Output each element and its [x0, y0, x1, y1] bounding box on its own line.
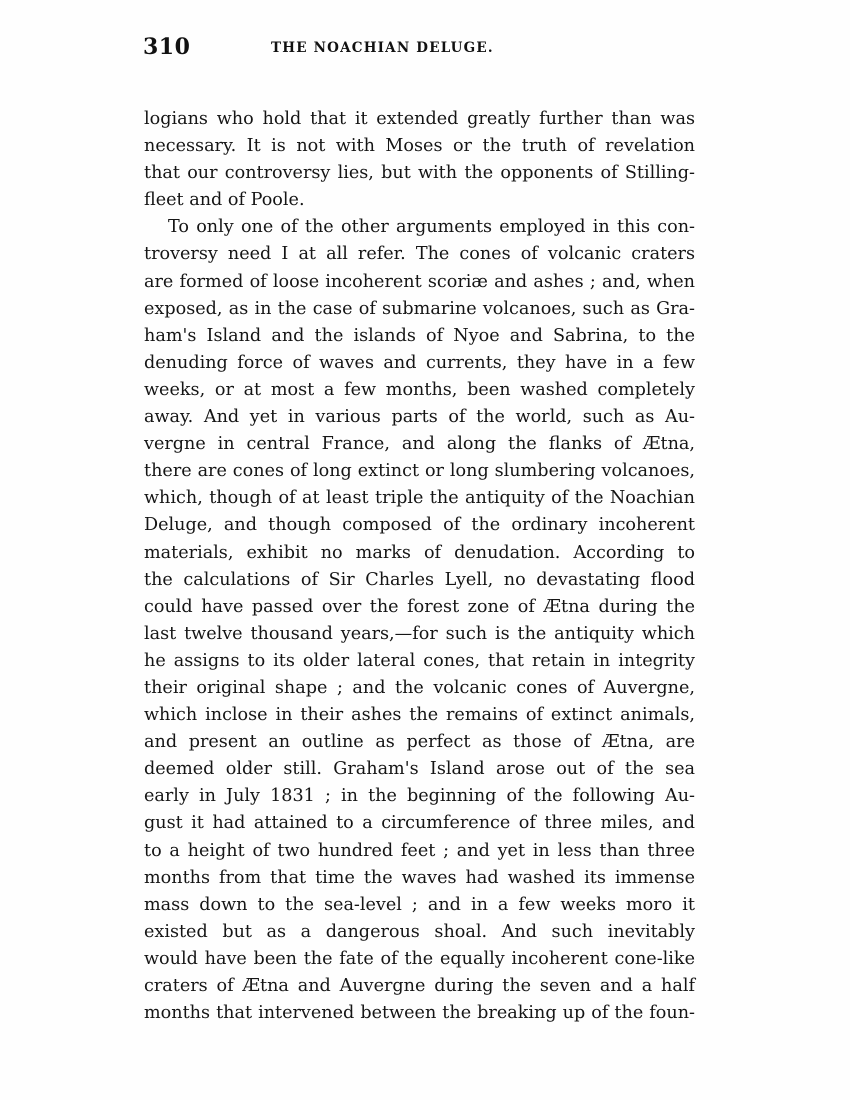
text-line: weeks, or at most a few months, been was…: [144, 377, 695, 404]
text-line: necessary. It is not with Moses or the t…: [144, 133, 695, 160]
running-head: 310 THE NOACHIAN DELUGE.: [143, 34, 696, 64]
text-line: deemed older still. Graham's Island aros…: [144, 756, 695, 783]
text-line: could have passed over the forest zone o…: [144, 594, 695, 621]
text-line: logians who hold that it extended greatl…: [144, 106, 695, 133]
text-line: away. And yet in various parts of the wo…: [144, 404, 695, 431]
text-line: vergne in central France, and along the …: [144, 431, 695, 458]
text-line: Deluge, and though composed of the ordin…: [144, 512, 695, 539]
text-line: there are cones of long extinct or long …: [144, 458, 695, 485]
text-line: exposed, as in the case of submarine vol…: [144, 296, 695, 323]
text-line: last twelve thousand years,—for such is …: [144, 621, 695, 648]
text-line: and present an outline as perfect as tho…: [144, 729, 695, 756]
text-line: existed but as a dangerous shoal. And su…: [144, 919, 695, 946]
text-line: would have been the fate of the equally …: [144, 946, 695, 973]
book-page: 310 THE NOACHIAN DELUGE. logians who hol…: [0, 0, 850, 1100]
page-number: 310: [143, 34, 190, 60]
body-text: logians who hold that it extended greatl…: [144, 106, 695, 1027]
text-line: he assigns to its older lateral cones, t…: [144, 648, 695, 675]
text-line: craters of Ætna and Auvergne during the …: [144, 973, 695, 1000]
text-line: which inclose in their ashes the remains…: [144, 702, 695, 729]
text-line: denuding force of waves and currents, th…: [144, 350, 695, 377]
text-line: mass down to the sea-level ; and in a fe…: [144, 892, 695, 919]
text-line: To only one of the other arguments emplo…: [144, 214, 695, 241]
text-line: troversy need I at all refer. The cones …: [144, 241, 695, 268]
text-line: months from that time the waves had wash…: [144, 865, 695, 892]
text-line: fleet and of Poole.: [144, 187, 695, 214]
running-title: THE NOACHIAN DELUGE.: [271, 40, 494, 56]
text-line: months that intervened between the break…: [144, 1000, 695, 1027]
text-line: gust it had attained to a circumference …: [144, 810, 695, 837]
paragraph-2: To only one of the other arguments emplo…: [144, 214, 695, 1027]
text-line: materials, exhibit no marks of denudatio…: [144, 540, 695, 567]
text-line: ham's Island and the islands of Nyoe and…: [144, 323, 695, 350]
text-line: the calculations of Sir Charles Lyell, n…: [144, 567, 695, 594]
text-line: their original shape ; and the volcanic …: [144, 675, 695, 702]
text-line: which, though of at least triple the ant…: [144, 485, 695, 512]
text-line: are formed of loose incoherent scoriæ an…: [144, 269, 695, 296]
text-line: that our controversy lies, but with the …: [144, 160, 695, 187]
text-line: early in July 1831 ; in the beginning of…: [144, 783, 695, 810]
paragraph-1: logians who hold that it extended greatl…: [144, 106, 695, 214]
text-line: to a height of two hundred feet ; and ye…: [144, 838, 695, 865]
